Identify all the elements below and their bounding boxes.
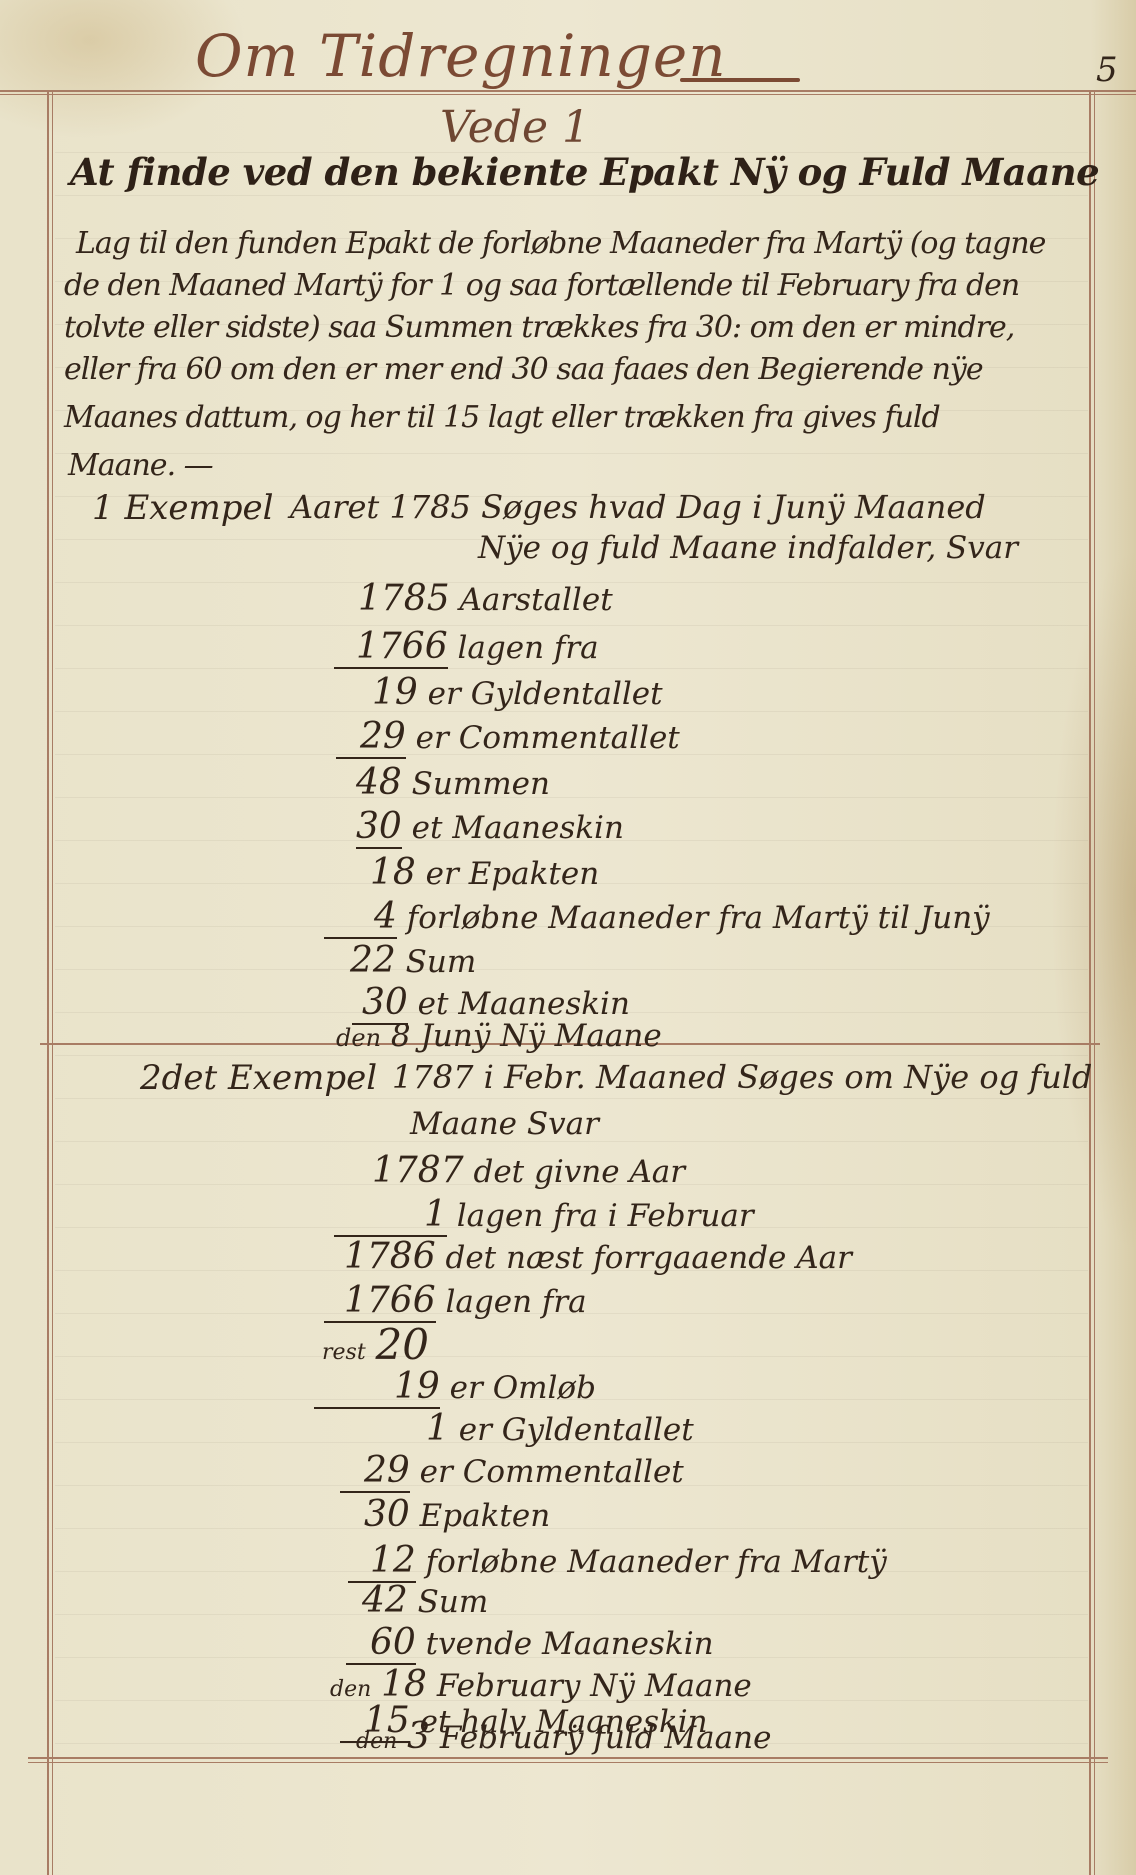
calc-label: er Commentallet	[416, 720, 680, 756]
calc-row: 1787 det givne Aar	[372, 1150, 685, 1191]
calc-row: 29 er Commentallet	[336, 716, 680, 757]
calc-row: 18 er Epakten	[370, 852, 599, 893]
title-flourish	[680, 78, 800, 82]
paragraph-line: tolvte eller sidste) saa Summen trækkes …	[64, 310, 1014, 345]
calc-number: 18	[381, 1664, 427, 1705]
page-title: Om Tidregningen	[195, 22, 727, 90]
calc-number: 30	[364, 1494, 410, 1535]
calc-number: 29	[340, 1450, 410, 1493]
result-prefix: den	[336, 1024, 381, 1052]
left-margin-rule	[47, 90, 49, 1875]
calc-row: 1786 det næst forrgaaende Aar	[344, 1236, 852, 1277]
example-1-label: 1 Exempel	[92, 488, 274, 528]
calc-label: Epakten	[420, 1498, 551, 1534]
calc-label: Aarstallet	[459, 582, 612, 618]
calc-label: det næst forrgaaende Aar	[445, 1240, 851, 1276]
calc-row: den 18 February Nÿ Maane	[330, 1664, 752, 1705]
calc-result: den 8 Junÿ Nÿ Maane	[336, 1018, 662, 1054]
calc-number: 4	[324, 896, 397, 939]
calc-number: 42	[362, 1580, 408, 1621]
calc-number: 1785	[358, 578, 450, 619]
page-number: 5	[1096, 50, 1118, 90]
calc-number: 19	[372, 672, 418, 713]
calc-number: 19	[314, 1366, 440, 1409]
calc-row: 30 et Maaneskin	[352, 982, 630, 1023]
calc-number: 30	[356, 806, 402, 849]
right-margin-rule	[1089, 90, 1091, 1875]
calc-number: 1787	[372, 1150, 464, 1191]
example-2-intro: Maane Svar	[410, 1106, 599, 1142]
calc-row: 29 er Commentallet	[340, 1450, 684, 1491]
calc-label: lagen fra i Februar	[457, 1198, 754, 1234]
calc-number: 12	[348, 1540, 416, 1583]
calc-number: 60	[346, 1622, 416, 1665]
example-1-intro: Aaret 1785 Søges hvad Dag i Junÿ Maaned	[290, 488, 986, 526]
top-rule-inner	[0, 94, 1136, 95]
example-2-label: 2det Exempel	[140, 1058, 377, 1098]
calc-row: 1 lagen fra i Februar	[334, 1194, 754, 1235]
section-heading: At finde ved den bekiente Epakt Nÿ og Fu…	[70, 150, 1099, 194]
paragraph-line: Maane. —	[68, 448, 213, 483]
calc-label: Februarÿ fuld Maane	[440, 1720, 772, 1756]
calc-number: 1	[334, 1194, 447, 1237]
calc-row: 1766 lagen fra	[334, 626, 599, 667]
calc-row: 42 Sum	[362, 1580, 488, 1621]
calc-label: forløbne Maaneder fra Martÿ til Junÿ	[407, 900, 990, 936]
top-rule	[0, 90, 1136, 92]
calc-prefix: rest	[322, 1340, 366, 1365]
calc-row: 22 Sum	[350, 940, 476, 981]
calc-row: 30 Epakten	[364, 1494, 550, 1535]
example-2-intro: 1787 i Febr. Maaned Søges om Nÿe og fuld	[392, 1058, 1092, 1096]
calc-row: 12 forløbne Maaneder fra Martÿ	[348, 1540, 887, 1581]
calc-label: er Omløb	[450, 1370, 596, 1406]
calc-number: 20	[376, 1320, 429, 1369]
calc-row: 60 tvende Maaneskin	[346, 1622, 714, 1663]
calc-row: 48 Summen	[356, 762, 550, 803]
calc-number: 1766	[334, 626, 448, 669]
calc-row: 4 forløbne Maaneder fra Martÿ til Junÿ	[324, 896, 990, 937]
calc-label: et Maaneskin	[418, 986, 630, 1022]
calc-label: Sum	[418, 1584, 489, 1620]
paragraph-line: de den Maaned Martÿ for 1 og saa fortæll…	[64, 268, 1019, 303]
paragraph-line: Maanes dattum, og her til 15 lagt eller …	[64, 400, 940, 435]
calc-number: 3	[407, 1716, 430, 1757]
calc-row: rest 20	[322, 1320, 429, 1369]
paragraph-line: eller fra 60 om den er mer end 30 saa fa…	[64, 352, 983, 387]
left-margin-rule-inner	[52, 90, 53, 1875]
calc-label: det givne Aar	[473, 1154, 685, 1190]
calc-number: 29	[336, 716, 406, 759]
manuscript-page: Om Tidregningen 5 Vede 1 At finde ved de…	[0, 0, 1136, 1875]
calc-label: tvende Maaneskin	[426, 1626, 714, 1662]
example-1-intro: Nÿe og fuld Maane indfalder, Svar	[478, 530, 1018, 566]
calc-prefix: den	[356, 1729, 397, 1754]
calc-label: lagen fra	[445, 1284, 586, 1320]
calc-number: 22	[350, 940, 396, 981]
calc-number: 48	[356, 762, 402, 803]
bottom-rule-inner	[28, 1762, 1108, 1763]
calc-label: et Maaneskin	[412, 810, 624, 846]
calc-result: den 3 Februarÿ fuld Maane	[356, 1716, 771, 1757]
calc-label: lagen fra	[457, 630, 598, 666]
calc-number: 18	[370, 852, 416, 893]
calc-number: 1	[426, 1408, 449, 1449]
calc-label: er Epakten	[426, 856, 600, 892]
calc-row: 19 er Omløb	[314, 1366, 596, 1407]
calc-row: 1785 Aarstallet	[358, 578, 613, 619]
calc-label: er Gyldentallet	[428, 676, 663, 712]
paragraph-line: Lag til den funden Epakt de forløbne Maa…	[76, 226, 1045, 261]
calc-prefix: den	[330, 1677, 371, 1702]
calc-label: February Nÿ Maane	[437, 1668, 752, 1704]
calc-number: 1786	[344, 1236, 436, 1277]
calc-label: er Commentallet	[420, 1454, 684, 1490]
right-margin-rule-inner	[1094, 90, 1095, 1875]
calc-number: 1766	[324, 1280, 436, 1323]
bottom-rule	[28, 1757, 1108, 1759]
calc-label: Sum	[406, 944, 477, 980]
calc-label: Summen	[412, 766, 550, 802]
calc-label: er Gyldentallet	[459, 1412, 694, 1448]
section-subheading: Vede 1	[440, 102, 590, 153]
result-text: 8 Junÿ Nÿ Maane	[391, 1018, 662, 1054]
calc-row: 30 et Maaneskin	[356, 806, 624, 847]
calc-row: 19 er Gyldentallet	[372, 672, 663, 713]
calc-row: 1 er Gyldentallet	[426, 1408, 694, 1449]
calc-row: 1766 lagen fra	[324, 1280, 587, 1321]
calc-label: forløbne Maaneder fra Martÿ	[426, 1544, 887, 1580]
